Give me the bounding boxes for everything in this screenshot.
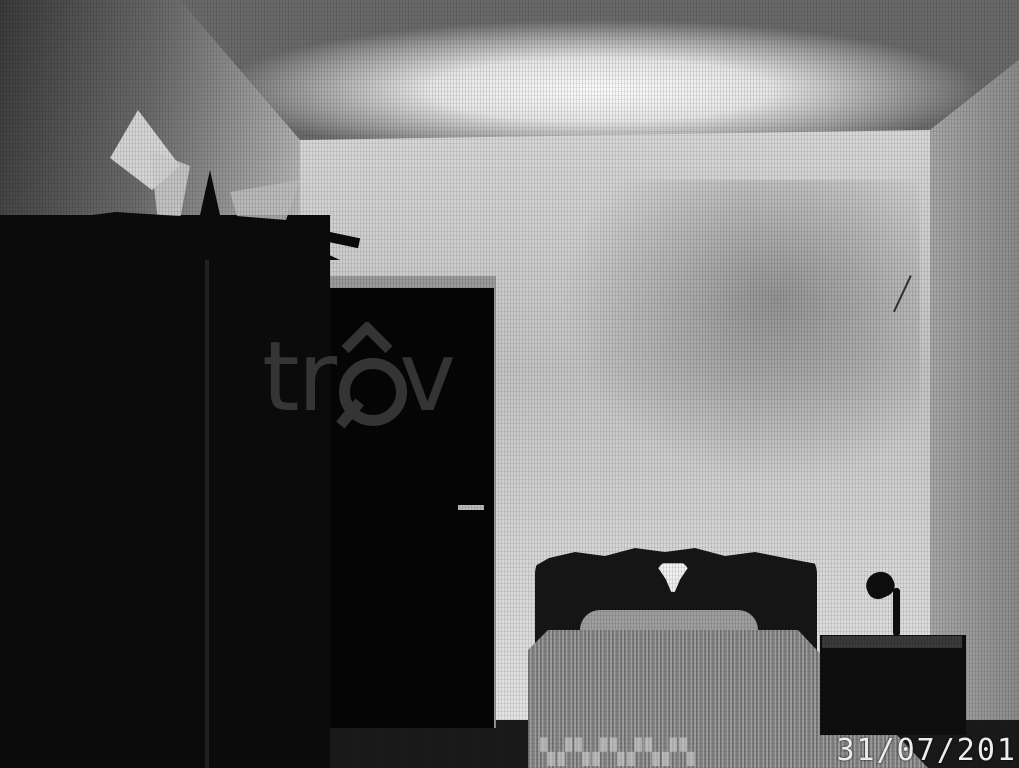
- wardrobe: [0, 215, 330, 768]
- plant: [20, 100, 360, 260]
- watermark-tail: v: [399, 322, 454, 432]
- magnifier-icon: [335, 322, 399, 432]
- watermark-text: tr: [262, 322, 335, 432]
- date-stamp: 31/07/201: [836, 733, 1017, 768]
- watermark: tr v: [262, 322, 494, 432]
- plant-leaf: [230, 180, 300, 220]
- nightstand: [820, 635, 966, 735]
- wall-shadow: [560, 180, 920, 480]
- door-handle: [458, 505, 484, 510]
- stamp-noise: ▚▞▚▞▚▞▚▞▚: [540, 738, 697, 766]
- nightstand-top: [822, 636, 962, 648]
- wardrobe-edge: [205, 260, 209, 768]
- lamp-stem: [893, 588, 900, 636]
- bedroom-photo: tr v ▚▞▚▞▚▞▚▞▚ 31/07/201: [0, 0, 1019, 768]
